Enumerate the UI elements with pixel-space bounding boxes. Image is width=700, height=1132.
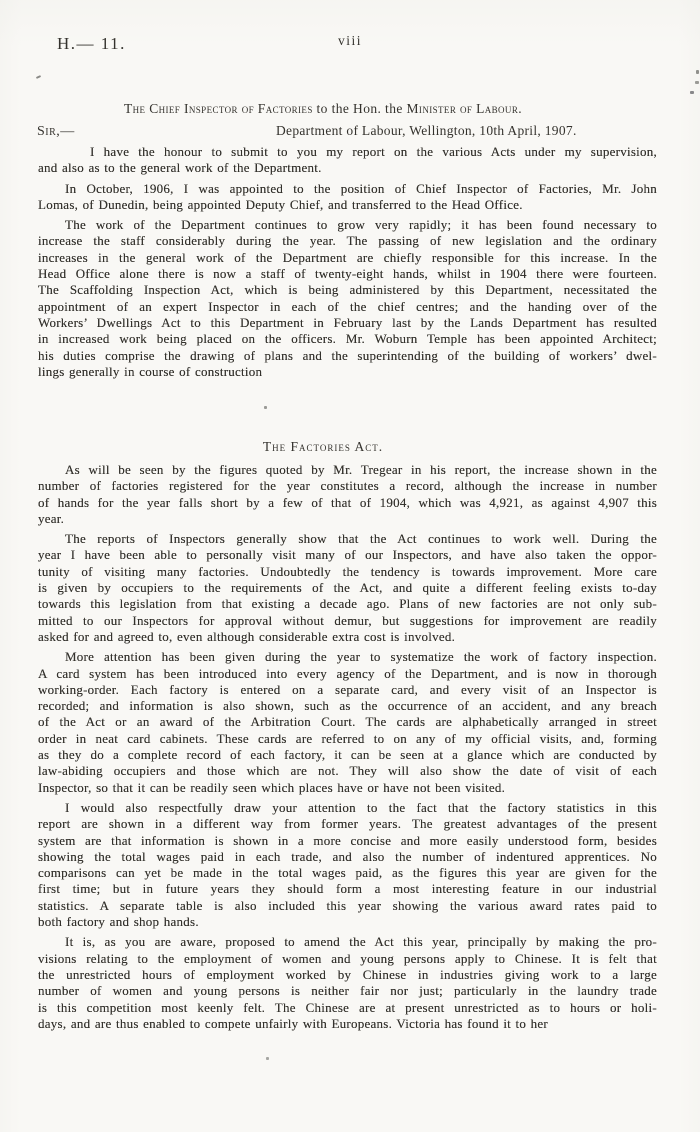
- paragraph: The reports of Inspectors generally show…: [38, 531, 657, 645]
- text-line: of the Act or an award of the Arbitratio…: [38, 714, 657, 730]
- paragraph: As will be seen by the figures quoted by…: [38, 462, 657, 527]
- paragraph: I would also respectfully draw your atte…: [38, 800, 657, 930]
- text-line: report are shown in a different way from…: [38, 816, 657, 832]
- paragraph: It is, as you are aware, proposed to ame…: [38, 934, 657, 1032]
- text-line: Head Office alone there is now a staff o…: [38, 266, 657, 282]
- salutation: Sir,—: [37, 124, 75, 140]
- letter-heading-sender: The Chief Inspector of Factories: [124, 101, 313, 116]
- text-line: tunity of visiting many factories. Undou…: [38, 564, 657, 580]
- text-line: the unrestricted hours of employment wor…: [38, 967, 657, 983]
- text-line: both factory and shop hands.: [38, 914, 657, 930]
- letter-body: I have the honour to submit to you my re…: [38, 144, 657, 380]
- text-line: increases in the general work of the Dep…: [38, 250, 657, 266]
- text-line: The Scaffolding Inspection Act, which is…: [38, 282, 657, 298]
- text-line: Lomas, of Dunedin, being appointed Deput…: [38, 197, 657, 213]
- letter-heading: The Chief Inspector of Factories to the …: [38, 101, 608, 117]
- letter-heading-recipient: Minister of Labour.: [407, 101, 522, 116]
- text-line: towards this legislation from that exist…: [38, 596, 657, 612]
- text-line: and also as to the general work of the D…: [38, 160, 657, 176]
- text-line: A card system has been introduced into e…: [38, 666, 657, 682]
- text-line: Workers’ Dwellings Act to this Departmen…: [38, 315, 657, 331]
- scanned-document-page: H.— 11. viii The Chief Inspector of Fact…: [0, 0, 700, 1132]
- text-line: in increased work being placed on the of…: [38, 331, 657, 347]
- scan-speck: [696, 70, 699, 74]
- text-line: working-order. Each factory is entered o…: [38, 682, 657, 698]
- text-line: year I have been able to personally visi…: [38, 547, 657, 563]
- text-line: In October, 1906, I was appointed to the…: [38, 181, 657, 197]
- text-line: increase the staff considerably during t…: [38, 233, 657, 249]
- scan-speck: [690, 91, 694, 94]
- text-line: As will be seen by the figures quoted by…: [38, 462, 657, 478]
- text-line: first time; but in future years they sho…: [38, 881, 657, 897]
- text-line: Inspector, so that it can be readily see…: [38, 780, 657, 796]
- text-line: law-abiding occupiers and those which ar…: [38, 763, 657, 779]
- text-line: mitted to our Inspectors for approval wi…: [38, 613, 657, 629]
- text-line: of hands for the year falls short by a f…: [38, 495, 657, 511]
- text-line: recorded; and information is also shown,…: [38, 698, 657, 714]
- paragraph: I have the honour to submit to you my re…: [38, 144, 657, 177]
- dateline: Department of Labour, Wellington, 10th A…: [276, 123, 577, 139]
- text-line: showing the total wages paid in each tra…: [38, 849, 657, 865]
- paragraph: The work of the Department continues to …: [38, 217, 657, 380]
- text-line: system are that information is shown in …: [38, 833, 657, 849]
- scan-speck: [36, 75, 41, 79]
- text-line: I have the honour to submit to you my re…: [38, 144, 657, 160]
- text-line: statistics. A separate table is also inc…: [38, 898, 657, 914]
- text-line: It is, as you are aware, proposed to ame…: [38, 934, 657, 950]
- text-line: number of factories registered for the y…: [38, 478, 657, 494]
- section-heading: The Factories Act.: [38, 439, 608, 455]
- paragraph: More attention has been given during the…: [38, 649, 657, 796]
- text-line: is given by occupiers to the requirement…: [38, 580, 657, 596]
- text-line: asked for and agreed to, even although c…: [38, 629, 657, 645]
- scan-speck: [266, 1057, 269, 1060]
- text-line: comparisons can yet be made in the total…: [38, 865, 657, 881]
- section-body: As will be seen by the figures quoted by…: [38, 462, 657, 1032]
- text-line: appointment of an expert Inspector in ea…: [38, 299, 657, 315]
- paragraph: In October, 1906, I was appointed to the…: [38, 181, 657, 214]
- text-line: I would also respectfully draw your atte…: [38, 800, 657, 816]
- letter-heading-connector: to the Hon. the: [313, 101, 407, 116]
- text-line: days, and are thus enabled to compete un…: [38, 1016, 657, 1032]
- text-line: his duties comprise the drawing of plans…: [38, 348, 657, 364]
- text-line: lings generally in course of constructio…: [38, 364, 657, 380]
- text-line: year.: [38, 511, 657, 527]
- text-line: The reports of Inspectors generally show…: [38, 531, 657, 547]
- text-line: order in neat card cabinets. These cards…: [38, 731, 657, 747]
- text-line: visions relating to the employment of wo…: [38, 951, 657, 967]
- scan-speck: [695, 81, 699, 84]
- page-number: viii: [0, 33, 700, 49]
- text-line: The work of the Department continues to …: [38, 217, 657, 233]
- text-line: number of women and young persons is nei…: [38, 983, 657, 999]
- text-line: as they do a complete record of each fac…: [38, 747, 657, 763]
- scan-speck: [264, 406, 267, 409]
- text-line: is this competition most keenly felt. Th…: [38, 1000, 657, 1016]
- text-line: More attention has been given during the…: [38, 649, 657, 665]
